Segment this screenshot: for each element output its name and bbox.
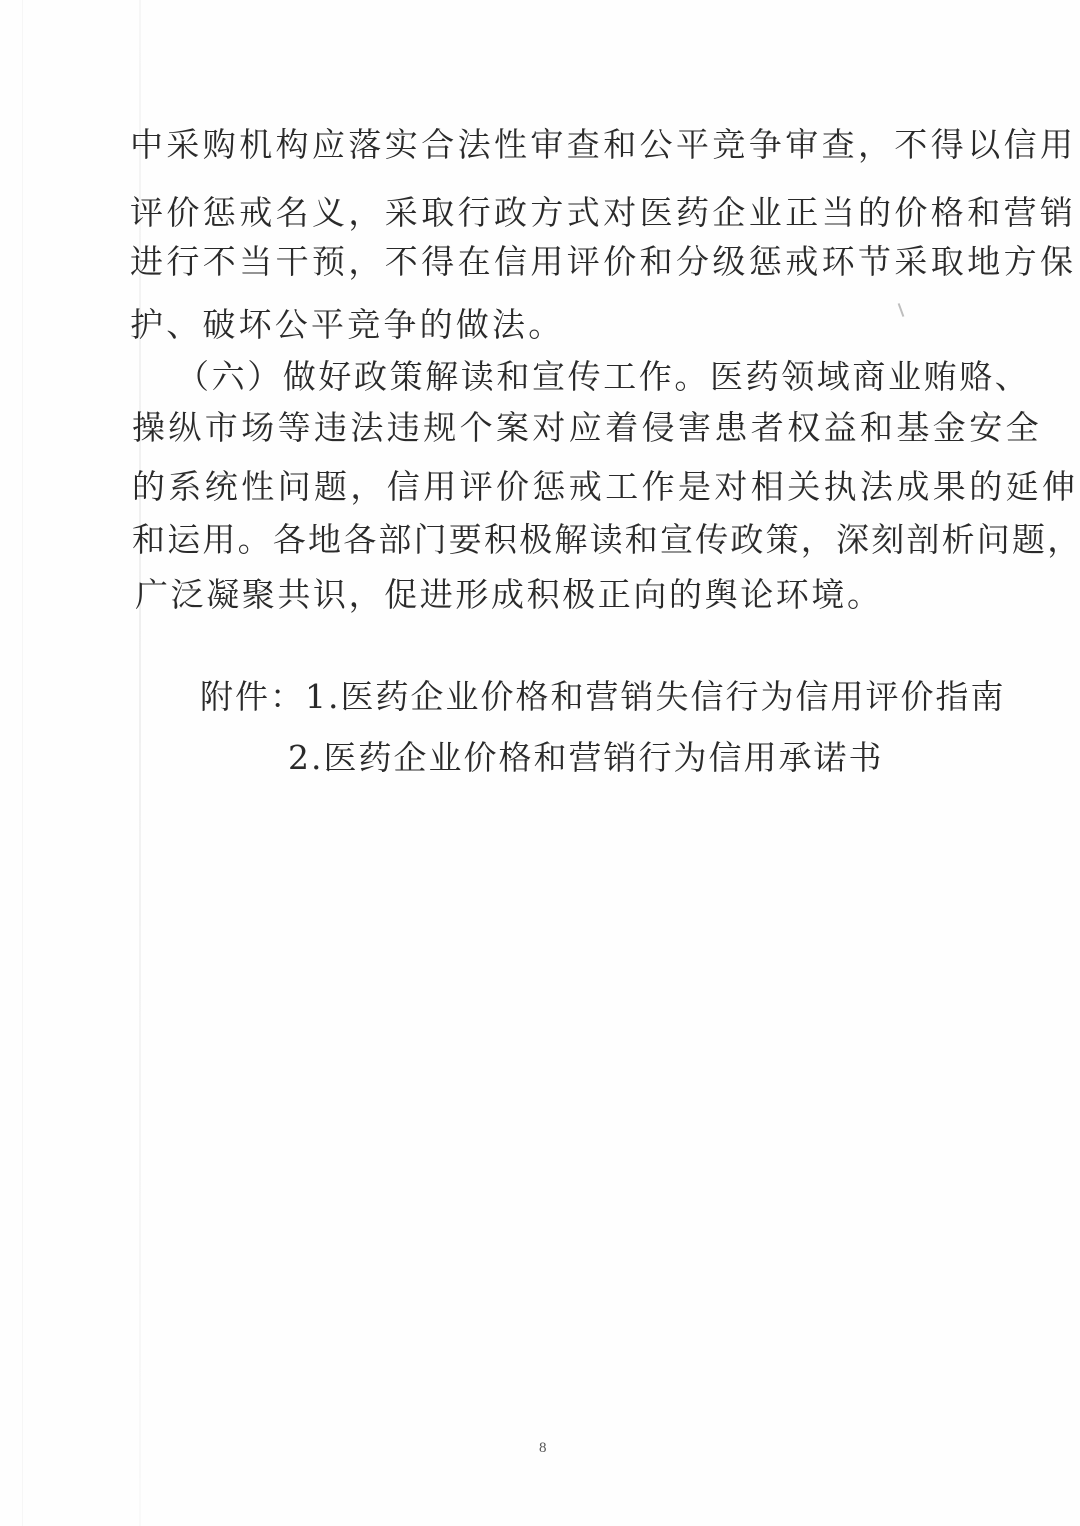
attachment-title: 1.医药企业价格和营销失信行为信用评价指南 (305, 677, 1006, 716)
body-line: 评价惩戒名义，采取行政方式对医药企业正当的价格和营销 (130, 193, 1076, 233)
body-line: 进行不当干预，不得在信用评价和分级惩戒环节采取地方保 (130, 242, 1076, 282)
section-heading-line: （六）做好政策解读和宣传工作。医药领域商业贿赂、 (176, 357, 1030, 397)
page-number: 8 (539, 1440, 547, 1457)
body-line: 中采购机构应落实合法性审查和公平竞争审查，不得以信用 (130, 125, 1076, 165)
body-line: 操纵市场等违法违规个案对应着侵害患者权益和基金安全 (132, 408, 1042, 448)
attachments-label: 附件： (200, 677, 305, 716)
attachment-item-2: 2.医药企业价格和营销行为信用承诺书 (288, 738, 884, 778)
body-line: 和运用。各地各部门要积极解读和宣传政策，深刻剖析问题， (132, 520, 1080, 560)
scan-artifact-line (22, 0, 23, 1526)
attachment-item-1: 附件：1.医药企业价格和营销失信行为信用评价指南 (200, 677, 1006, 717)
scan-artifact-mark (898, 303, 905, 317)
body-line: 广泛凝聚共识，促进形成积极正向的舆论环境。 (135, 575, 883, 615)
body-line: 的系统性问题，信用评价惩戒工作是对相关执法成果的延伸 (132, 467, 1078, 507)
body-line: 护、破坏公平竞争的做法。 (130, 305, 564, 345)
document-page: 中采购机构应落实合法性审查和公平竞争审查，不得以信用 评价惩戒名义，采取行政方式… (0, 0, 1080, 1526)
